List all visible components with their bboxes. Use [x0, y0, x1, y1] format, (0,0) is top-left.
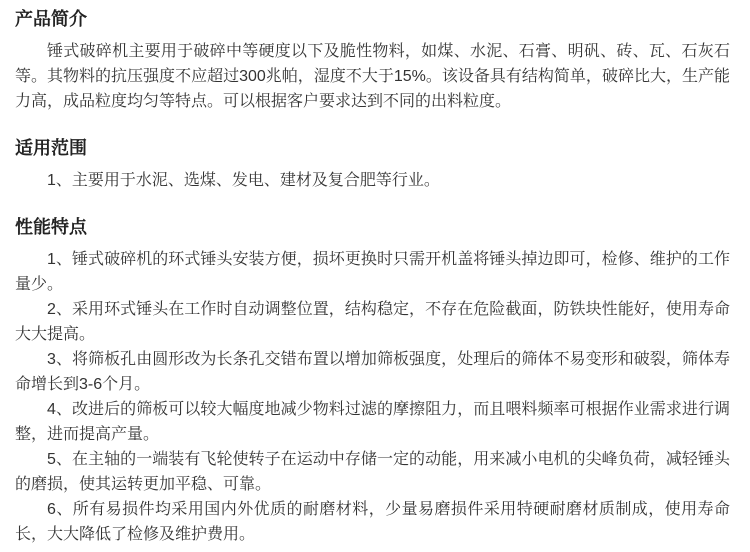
application-scope-item-1: 1、主要用于水泥、选煤、发电、建材及复合肥等行业。 — [15, 168, 730, 193]
section-heading-performance-features: 性能特点 — [15, 214, 730, 240]
performance-feature-item-4: 4、改进后的筛板可以较大幅度地减少物料过滤的摩擦阻力，而且喂料频率可根据作业需求… — [15, 397, 730, 447]
performance-feature-item-5: 5、在主轴的一端装有飞轮使转子在运动中存储一定的动能，用来减小电机的尖峰负荷，减… — [15, 447, 730, 497]
performance-feature-item-6: 6、所有易损件均采用国内外优质的耐磨材料，少量易磨损件采用特硬耐磨材质制成，使用… — [15, 497, 730, 547]
performance-feature-item-3: 3、将筛板孔由圆形改为长条孔交错布置以增加筛板强度，处理后的筛体不易变形和破裂，… — [15, 347, 730, 397]
performance-feature-item-1: 1、锤式破碎机的环式锤头安装方便，损坏更换时只需开机盖将锤头掉边即可，检修、维护… — [15, 247, 730, 297]
product-description-document: 产品简介 锤式破碎机主要用于破碎中等硬度以下及脆性物料，如煤、水泥、石膏、明矾、… — [0, 0, 750, 547]
product-intro-paragraph: 锤式破碎机主要用于破碎中等硬度以下及脆性物料，如煤、水泥、石膏、明矾、砖、瓦、石… — [15, 39, 730, 114]
section-heading-product-intro: 产品简介 — [15, 6, 730, 32]
performance-feature-item-2: 2、采用环式锤头在工作时自动调整位置，结构稳定，不存在危险截面，防铁块性能好，使… — [15, 297, 730, 347]
section-heading-application-scope: 适用范围 — [15, 135, 730, 161]
